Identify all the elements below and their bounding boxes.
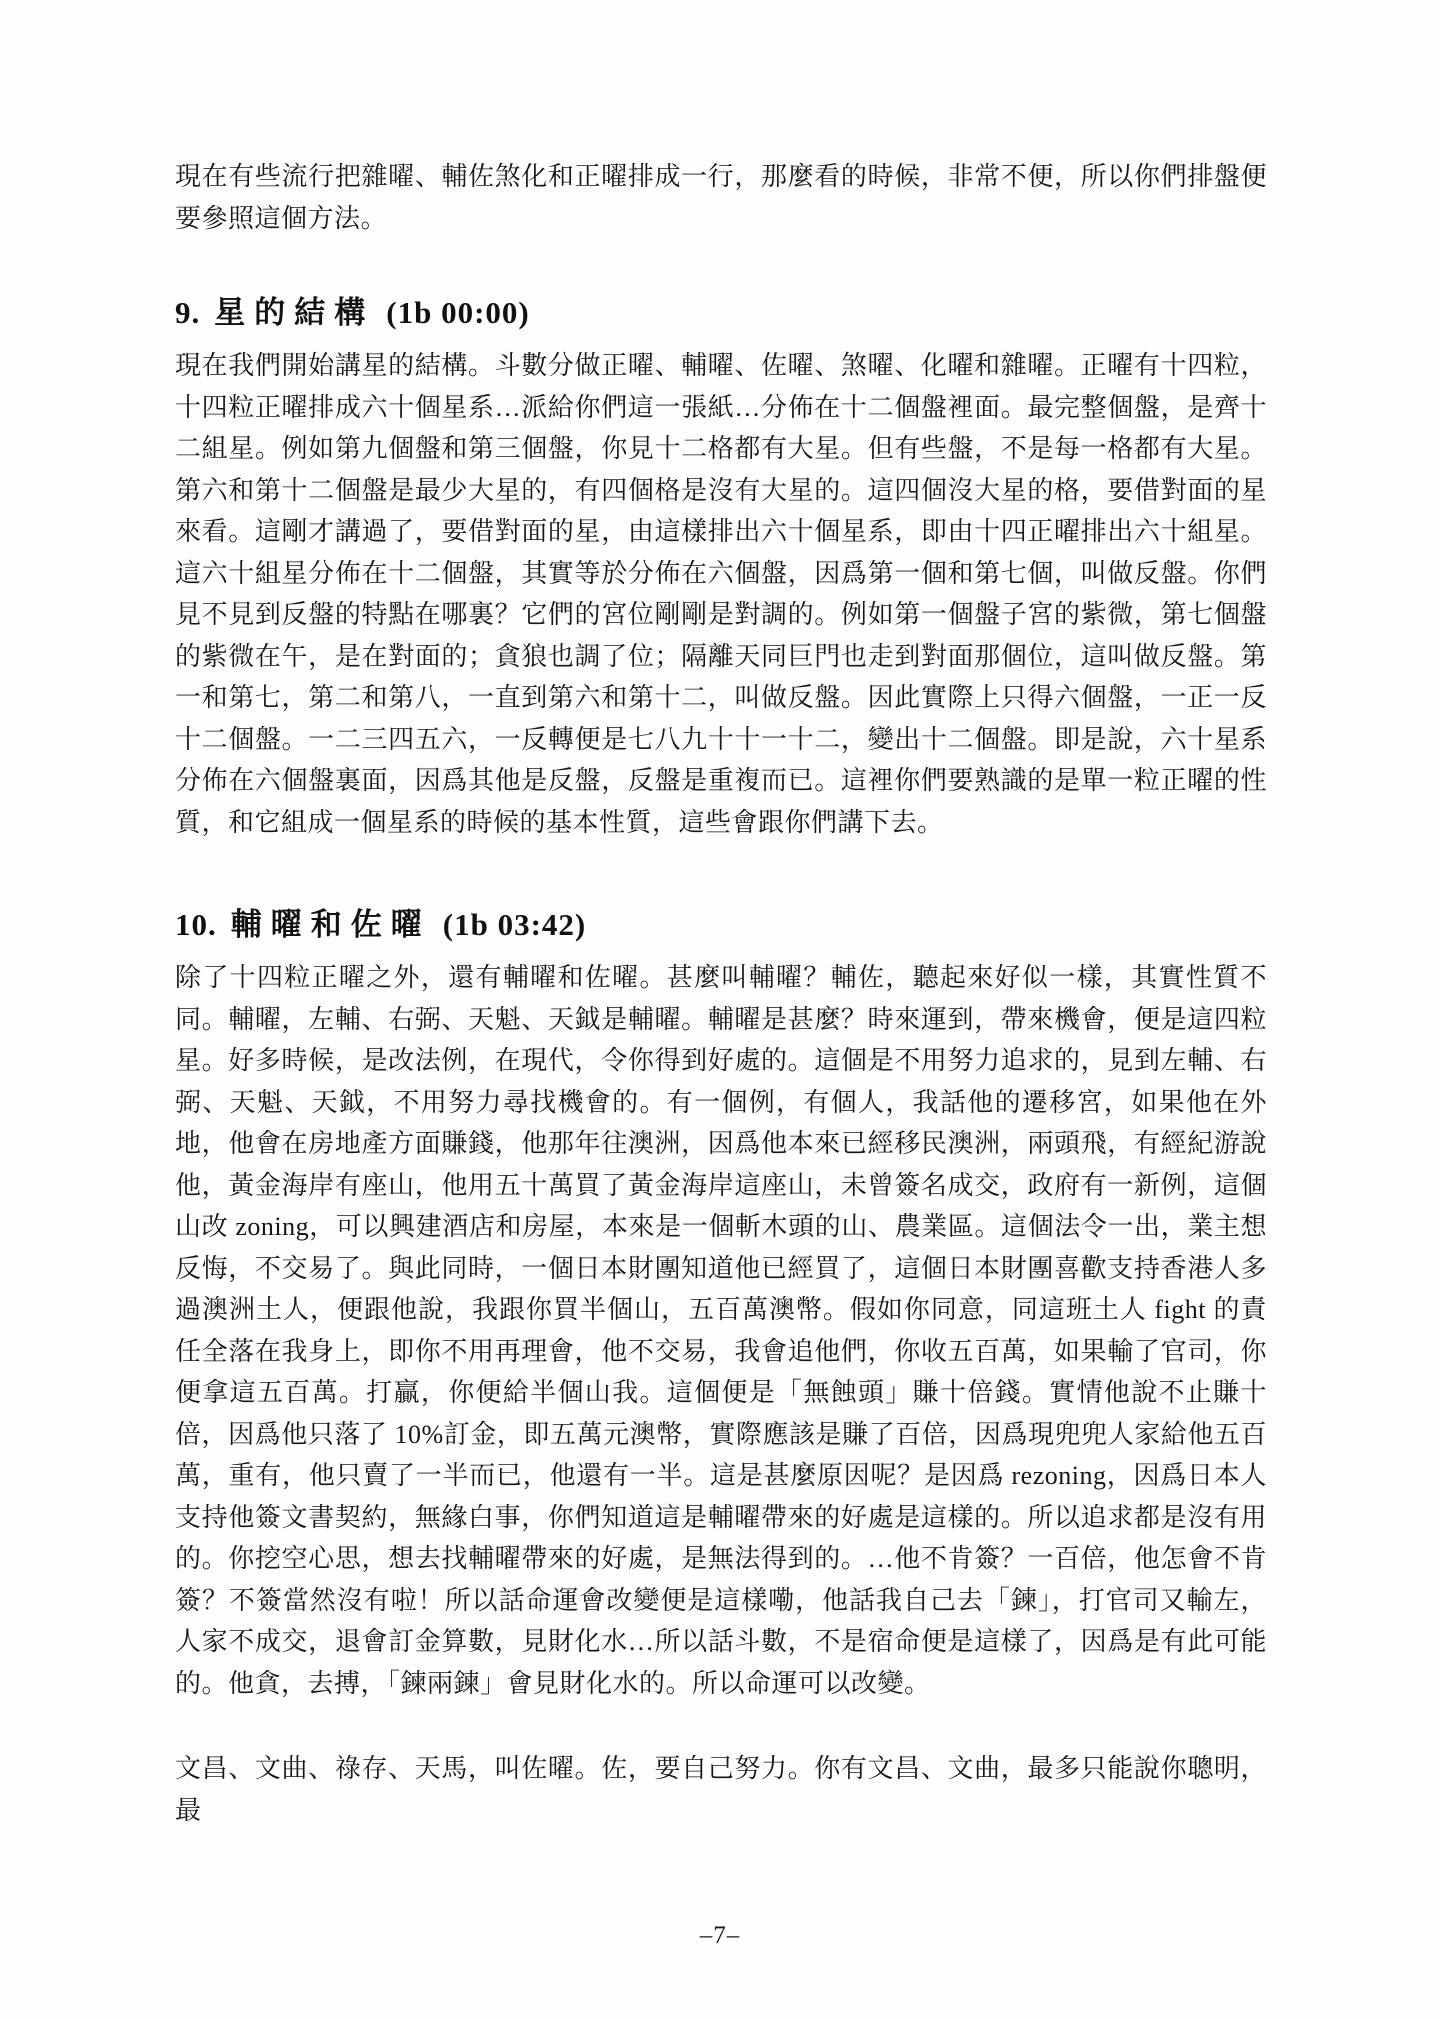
section-9-title: 星的結構	[214, 295, 374, 330]
section-10-title: 輔曜和佐曜	[231, 907, 431, 942]
section-10-number: 10.	[175, 907, 217, 942]
page-number: –7–	[0, 1922, 1440, 1950]
section-10-body: 除了十四粒正曜之外，還有輔曜和佐曜。甚麼叫輔曜？輔佐，聽起來好似一樣，其實性質不…	[175, 957, 1267, 1704]
intro-paragraph: 現在有些流行把雜曜、輔佐煞化和正曜排成一行，那麼看的時候，非常不便，所以你們排盤…	[175, 156, 1267, 239]
section-10-timestamp: (1b 03:42)	[443, 907, 586, 942]
section-9-body: 現在我們開始講星的結構。斗數分做正曜、輔曜、佐曜、煞曜、化曜和雜曜。正曜有十四粒…	[175, 345, 1267, 843]
section-10-body-continued: 文昌、文曲、祿存、天馬，叫佐曜。佐，要自己努力。你有文昌、文曲，最多只能說你聰明…	[175, 1748, 1267, 1831]
section-9-number: 9.	[175, 295, 200, 330]
section-9-timestamp: (1b 00:00)	[386, 295, 529, 330]
section-10-heading: 10.輔曜和佐曜(1b 03:42)	[175, 905, 1267, 945]
page-content: 現在有些流行把雜曜、輔佐煞化和正曜排成一行，那麼看的時候，非常不便，所以你們排盤…	[175, 156, 1267, 1831]
section-9-heading: 9.星的結構(1b 00:00)	[175, 293, 1267, 333]
document-page: 現在有些流行把雜曜、輔佐煞化和正曜排成一行，那麼看的時候，非常不便，所以你們排盤…	[0, 0, 1440, 2019]
